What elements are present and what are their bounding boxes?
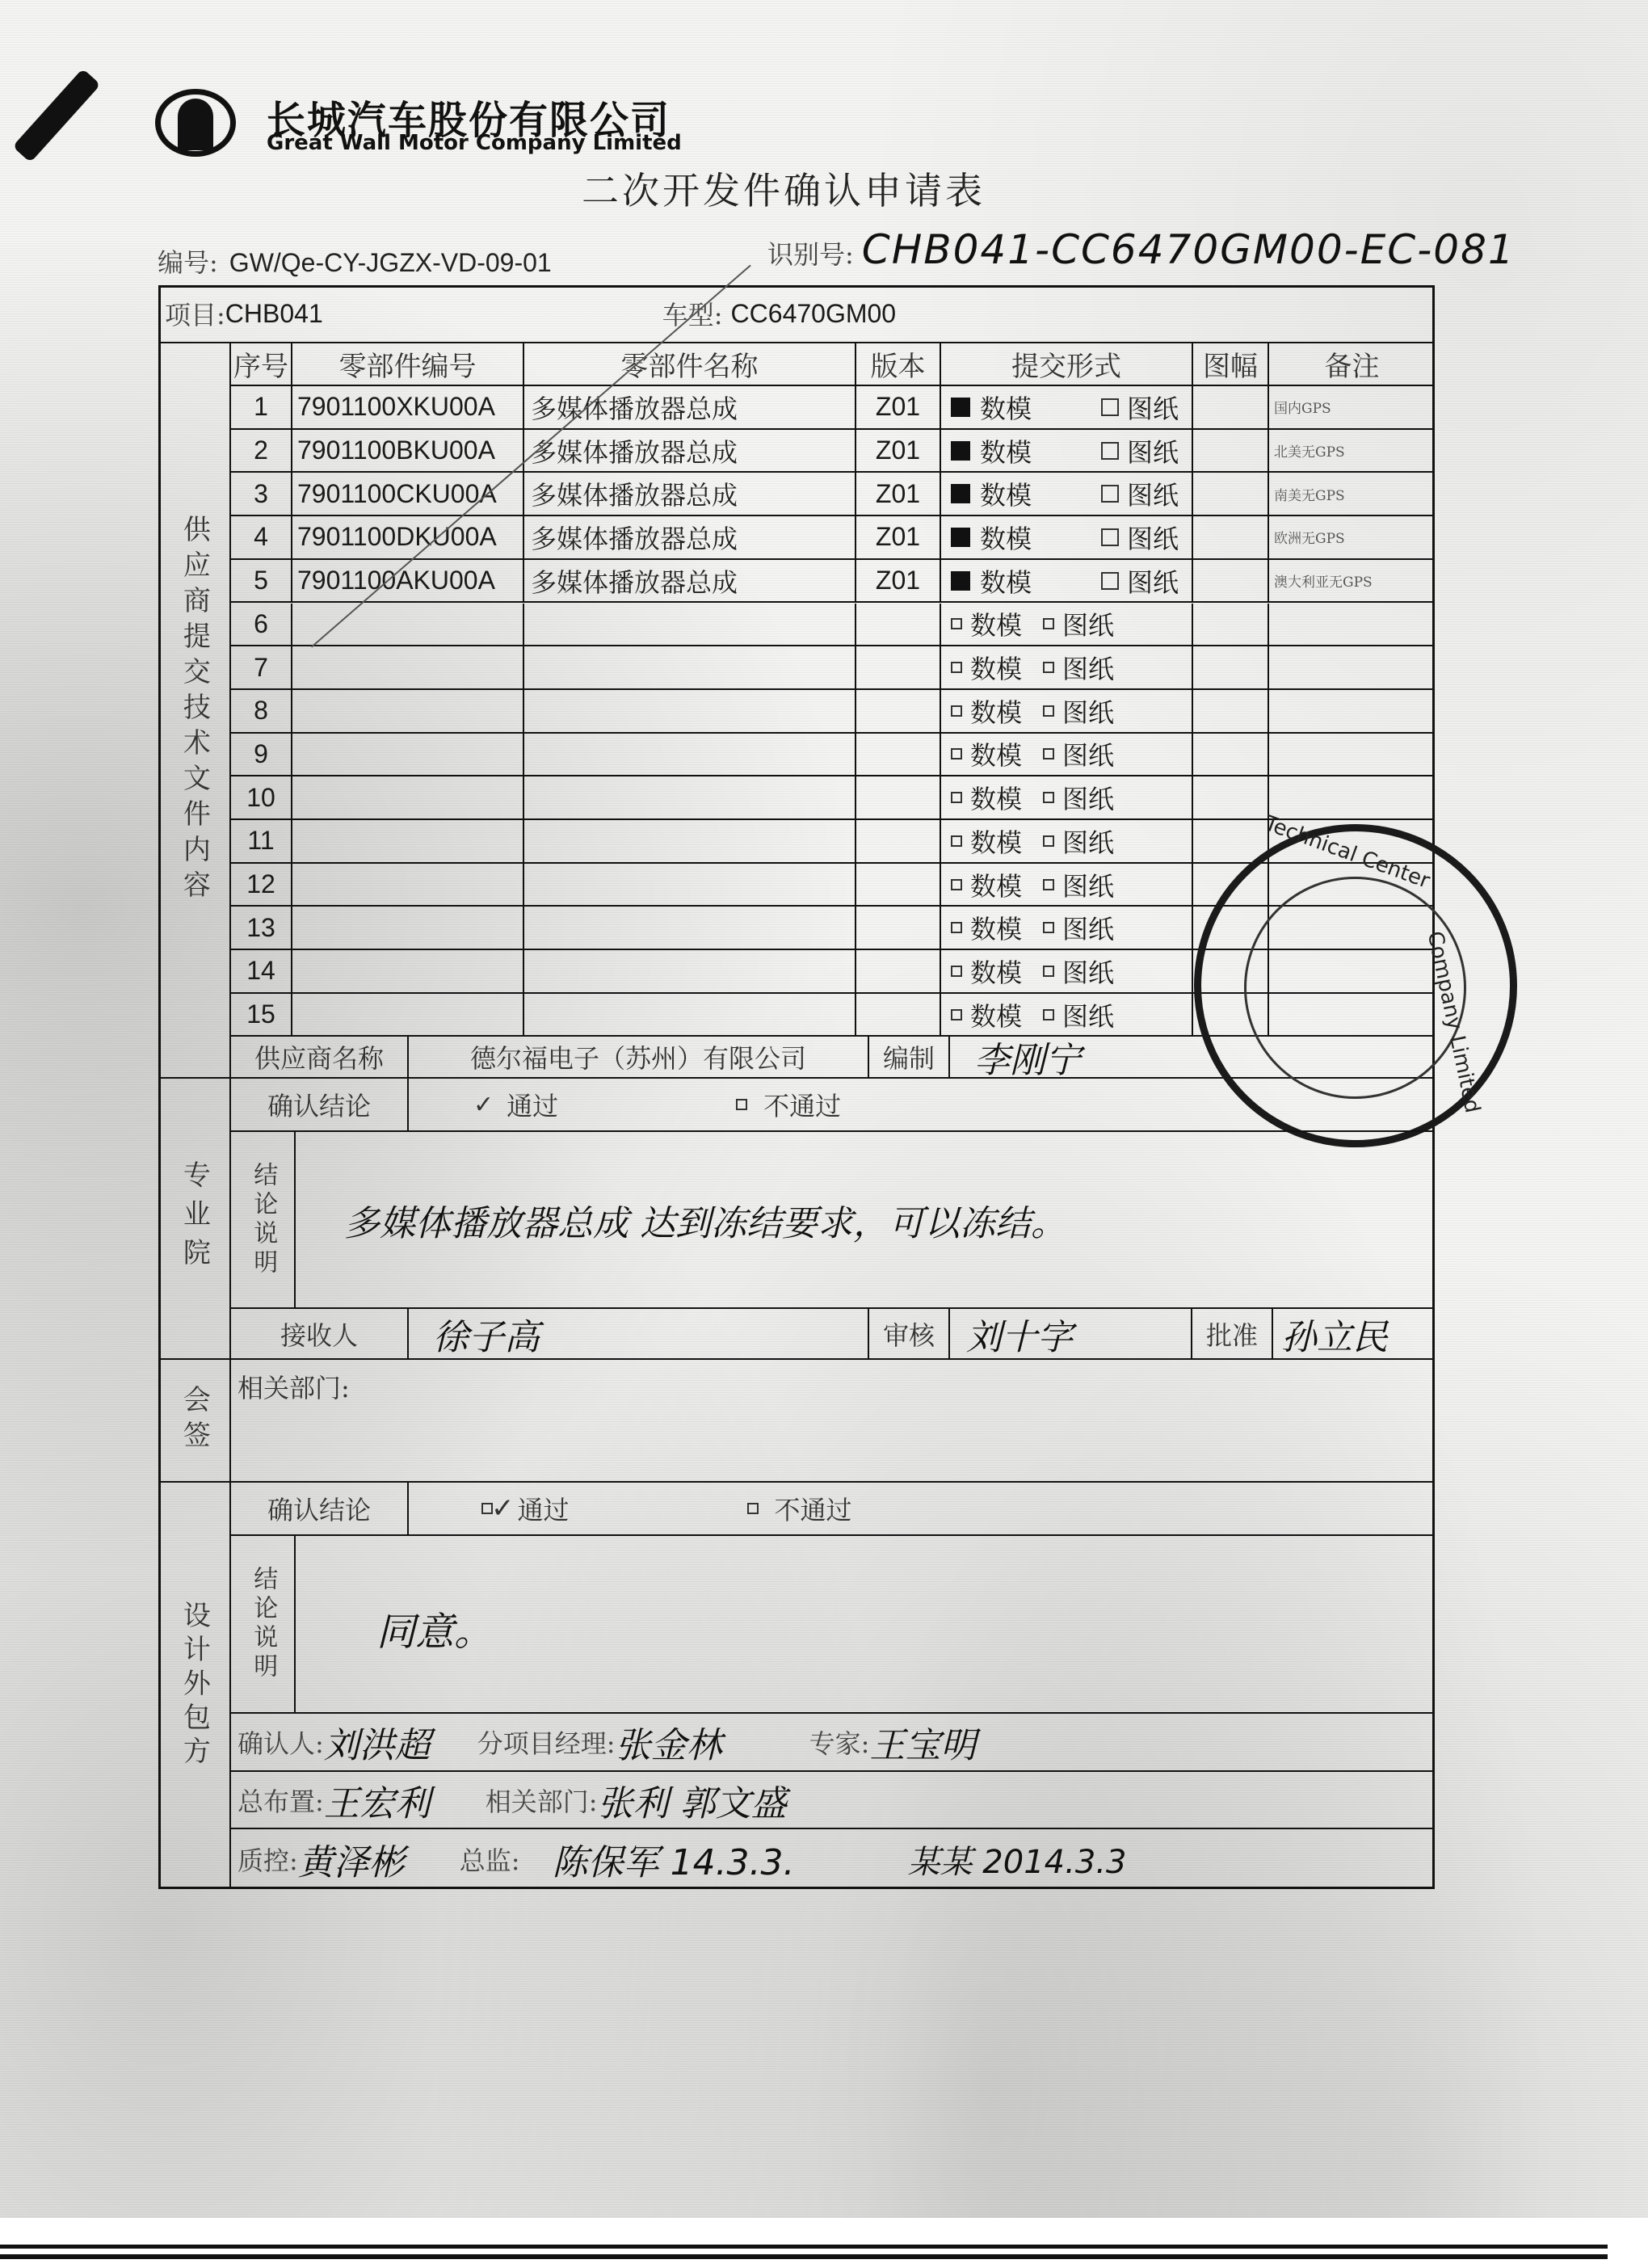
row-remark: 南美无GPS <box>1269 473 1435 516</box>
countersign-side-label: 会签 <box>158 1360 231 1483</box>
approve-label: 批准 <box>1192 1309 1273 1360</box>
supplier-name-value: 德尔福电子（苏州）有限公司 <box>409 1037 869 1079</box>
row-format: 数模图纸 <box>941 950 1193 994</box>
digital-model-label: 数模 <box>970 823 1022 860</box>
ident-label: 识别号: <box>767 239 854 270</box>
digital-model-label: 数模 <box>980 432 1032 469</box>
do-fail-option[interactable]: 不通过 <box>775 1490 852 1527</box>
drawing-label: 图纸 <box>1062 996 1114 1033</box>
row-format: 数模图纸 <box>941 430 1193 473</box>
row-part-name: 多媒体播放器总成 <box>524 516 856 560</box>
digital-model-checkbox[interactable] <box>951 571 970 591</box>
row-remark: 澳大利亚无GPS <box>1269 560 1435 604</box>
pi-explanation-label: 结论说明 <box>231 1132 296 1309</box>
do-signature-row-1: 确认人: 刘洪超 分项目经理: 张金林 专家: 王宝明 <box>231 1714 1435 1772</box>
pi-conclusion-label: 确认结论 <box>231 1079 409 1132</box>
pi-conclusion-options: ✓ 通过 不通过 <box>409 1079 1435 1132</box>
company-name-en: Great Wall Motor Company Limited <box>267 131 682 155</box>
row-part-name <box>524 776 856 820</box>
review-label: 审核 <box>869 1309 950 1360</box>
project-row: 项目: CHB041 车型: CC6470GM00 <box>158 285 1435 343</box>
row-part-name <box>524 820 856 864</box>
row-part-no <box>292 734 524 777</box>
digital-model-checkbox[interactable] <box>951 484 970 503</box>
digital-model-checkbox[interactable] <box>951 528 970 547</box>
do-signature-row-3: 质控: 黄泽彬 总监: 陈保军 14.3.3. 某某 2014.3.3 <box>231 1829 1435 1889</box>
pi-explanation-text: 多媒体播放器总成 达到冻结要求，可以冻结。 <box>296 1132 1435 1309</box>
row-part-name <box>524 950 856 994</box>
row-part-no <box>292 776 524 820</box>
row-remark <box>1269 646 1435 690</box>
document-title: 二次开发件确认申请表 <box>582 162 986 215</box>
row-part-no <box>292 604 524 647</box>
row-version: Z01 <box>856 560 941 604</box>
row-size <box>1193 473 1269 516</box>
digital-model-checkbox[interactable] <box>951 922 962 933</box>
row-part-no <box>292 907 524 950</box>
digital-model-label: 数模 <box>980 562 1032 600</box>
layout-signature: 王宏利 <box>324 1774 461 1826</box>
digital-model-checkbox[interactable] <box>951 398 970 417</box>
digital-model-checkbox[interactable] <box>951 1009 962 1020</box>
drawing-checkbox[interactable] <box>1101 528 1119 546</box>
row-remark: 国内GPS <box>1269 386 1435 430</box>
drawing-label: 图纸 <box>1127 562 1179 600</box>
digital-model-label: 数模 <box>970 779 1022 816</box>
row-part-name <box>524 646 856 690</box>
do-signature-row-2: 总布置: 王宏利 相关部门: 张利 郭文盛 <box>231 1772 1435 1829</box>
confirmer-label: 确认人: <box>238 1723 324 1761</box>
row-remark: 北美无GPS <box>1269 430 1435 473</box>
pi-fail-checkbox[interactable] <box>736 1099 747 1110</box>
row-no: 5 <box>231 560 292 604</box>
digital-model-label: 数模 <box>970 909 1022 946</box>
extra-signature: 某某 2014.3.3 <box>908 1837 1127 1883</box>
countersign-related-dept: 相关部门: <box>231 1360 1435 1483</box>
row-part-no: 7901100XKU00A <box>292 386 524 430</box>
row-version: Z01 <box>856 516 941 560</box>
row-no: 6 <box>231 604 292 647</box>
row-part-no <box>292 646 524 690</box>
row-part-no <box>292 820 524 864</box>
drawing-checkbox[interactable] <box>1043 705 1054 717</box>
drawing-label: 图纸 <box>1062 823 1114 860</box>
row-remark <box>1269 734 1435 777</box>
document-code: 编号:GW/Qe-CY-JGZX-VD-09-01 <box>158 242 552 280</box>
digital-model-label: 数模 <box>980 389 1032 426</box>
do-pass-option[interactable]: 通过 <box>518 1490 570 1527</box>
row-no: 10 <box>231 776 292 820</box>
row-part-name <box>524 690 856 734</box>
row-part-no: 7901100BKU00A <box>292 430 524 473</box>
row-no: 1 <box>231 386 292 430</box>
drawing-checkbox[interactable] <box>1043 835 1054 847</box>
row-no: 14 <box>231 950 292 994</box>
col-header-version: 版本 <box>856 343 941 386</box>
drawing-label: 图纸 <box>1062 866 1114 903</box>
ident-value: CHB041-CC6470GM00-EC-081 <box>862 226 1516 273</box>
drawing-checkbox[interactable] <box>1101 485 1119 503</box>
drawing-checkbox[interactable] <box>1101 572 1119 590</box>
digital-model-checkbox[interactable] <box>951 662 962 673</box>
row-no: 8 <box>231 690 292 734</box>
row-remark <box>1269 776 1435 820</box>
confirmer-signature: 刘洪超 <box>324 1716 469 1768</box>
row-version <box>856 820 941 864</box>
digital-model-label: 数模 <box>970 953 1022 990</box>
scan-edge-line <box>0 2254 1608 2259</box>
row-size <box>1193 734 1269 777</box>
project-value: CHB041 <box>225 299 323 329</box>
row-format: 数模图纸 <box>941 820 1193 864</box>
digital-model-checkbox[interactable] <box>951 441 970 461</box>
row-part-no <box>292 690 524 734</box>
qc-signature: 黄泽彬 <box>298 1833 444 1885</box>
col-header-part-name: 零部件名称 <box>524 343 856 386</box>
digital-model-checkbox[interactable] <box>951 792 962 803</box>
supplier-name-label: 供应商名称 <box>231 1037 409 1079</box>
digital-model-checkbox[interactable] <box>951 705 962 717</box>
drawing-checkbox[interactable] <box>1043 662 1054 673</box>
row-version <box>856 907 941 950</box>
row-version <box>856 994 941 1037</box>
row-no: 15 <box>231 994 292 1037</box>
col-header-size: 图幅 <box>1193 343 1269 386</box>
drawing-label: 图纸 <box>1127 519 1179 556</box>
code-label: 编号: <box>158 247 218 278</box>
row-size <box>1193 604 1269 647</box>
row-version <box>856 776 941 820</box>
sub-pm-label: 分项目经理: <box>477 1723 616 1761</box>
row-version <box>856 604 941 647</box>
scan-bottom-margin <box>0 2218 1648 2268</box>
row-size <box>1193 646 1269 690</box>
row-remark <box>1269 604 1435 647</box>
layout-label: 总布置: <box>238 1782 324 1819</box>
row-format: 数模图纸 <box>941 994 1193 1037</box>
row-part-no: 7901100CKU00A <box>292 473 524 516</box>
digital-model-label: 数模 <box>970 649 1022 686</box>
do-related-dept-signature: 张利 郭文盛 <box>598 1774 787 1826</box>
do-conclusion-label: 确认结论 <box>231 1483 409 1536</box>
digital-model-label: 数模 <box>970 866 1022 903</box>
row-format: 数模图纸 <box>941 907 1193 950</box>
expert-label: 专家: <box>809 1723 870 1761</box>
row-part-name <box>524 864 856 907</box>
scan-edge-line <box>0 2245 1608 2249</box>
digital-model-checkbox[interactable] <box>951 618 962 629</box>
digital-model-checkbox[interactable] <box>951 835 962 847</box>
receiver-label: 接收人 <box>231 1309 409 1360</box>
countersign-related-dept-label: 相关部门: <box>238 1368 350 1405</box>
professional-institute-side-label: 专业院 <box>158 1079 231 1360</box>
row-part-name <box>524 734 856 777</box>
row-size <box>1193 430 1269 473</box>
col-header-remark: 备注 <box>1269 343 1435 386</box>
row-part-no <box>292 864 524 907</box>
drawing-label: 图纸 <box>1127 475 1179 512</box>
company-logo-icon <box>178 99 213 150</box>
drawing-checkbox[interactable] <box>1043 748 1054 760</box>
drawing-label: 图纸 <box>1127 389 1179 426</box>
digital-model-checkbox[interactable] <box>951 748 962 760</box>
row-part-name <box>524 604 856 647</box>
project-label: 项目: <box>165 295 225 332</box>
do-conclusion-options: ✓ 通过 不通过 <box>409 1483 1435 1536</box>
do-related-dept-label: 相关部门: <box>486 1782 598 1819</box>
row-format: 数模图纸 <box>941 864 1193 907</box>
row-format: 数模图纸 <box>941 386 1193 430</box>
row-format: 数模图纸 <box>941 473 1193 516</box>
identification-number: 识别号:CHB041-CC6470GM00-EC-081 <box>767 226 1516 273</box>
row-version <box>856 864 941 907</box>
row-size <box>1193 776 1269 820</box>
col-header-format: 提交形式 <box>941 343 1193 386</box>
col-header-part-no: 零部件编号 <box>292 343 524 386</box>
vehicle-value: CC6470GM00 <box>731 299 897 329</box>
row-part-name <box>524 994 856 1037</box>
row-part-name: 多媒体播放器总成 <box>524 473 856 516</box>
drawing-checkbox[interactable] <box>1043 879 1054 890</box>
pi-fail-option[interactable]: 不通过 <box>763 1086 841 1123</box>
approve-signature: 孙立民 <box>1273 1309 1435 1360</box>
row-no: 2 <box>231 430 292 473</box>
pi-pass-check-icon[interactable]: ✓ <box>473 1091 494 1119</box>
review-signature: 刘十字 <box>950 1309 1192 1360</box>
drawing-checkbox[interactable] <box>1043 1009 1054 1020</box>
row-no: 11 <box>231 820 292 864</box>
supplier-side-label: 供应商提交技术文件内容 <box>158 343 231 1079</box>
row-no: 3 <box>231 473 292 516</box>
digital-model-label: 数模 <box>980 519 1032 556</box>
row-format: 数模图纸 <box>941 516 1193 560</box>
do-explanation-text: 同意。 <box>296 1536 1435 1714</box>
row-part-no <box>292 994 524 1037</box>
row-size <box>1193 690 1269 734</box>
director-signature: 陈保军 14.3.3. <box>553 1833 908 1885</box>
digital-model-label: 数模 <box>970 692 1022 730</box>
qc-label: 质控: <box>238 1841 298 1878</box>
row-no: 7 <box>231 646 292 690</box>
row-size <box>1193 516 1269 560</box>
row-format: 数模图纸 <box>941 560 1193 604</box>
drawing-label: 图纸 <box>1062 909 1114 946</box>
row-no: 13 <box>231 907 292 950</box>
row-part-name: 多媒体播放器总成 <box>524 386 856 430</box>
row-part-no <box>292 950 524 994</box>
row-version <box>856 690 941 734</box>
row-version <box>856 950 941 994</box>
drawing-label: 图纸 <box>1127 432 1179 469</box>
sub-pm-signature: 张金林 <box>616 1716 793 1768</box>
drawing-checkbox[interactable] <box>1101 442 1119 460</box>
row-no: 12 <box>231 864 292 907</box>
row-no: 9 <box>231 734 292 777</box>
design-outsourcing-side-label: 设计外包方 <box>158 1483 231 1889</box>
row-size <box>1193 386 1269 430</box>
row-part-no: 7901100DKU00A <box>292 516 524 560</box>
digital-model-checkbox[interactable] <box>951 879 962 890</box>
row-version: Z01 <box>856 473 941 516</box>
digital-model-label: 数模 <box>980 475 1032 512</box>
row-format: 数模图纸 <box>941 690 1193 734</box>
drawing-checkbox[interactable] <box>1043 792 1054 803</box>
drawing-label: 图纸 <box>1062 953 1114 990</box>
expert-signature: 王宝明 <box>869 1716 976 1768</box>
col-header-no: 序号 <box>231 343 292 386</box>
pen-icon <box>12 69 100 163</box>
row-part-name: 多媒体播放器总成 <box>524 560 856 604</box>
drawing-checkbox[interactable] <box>1043 618 1054 629</box>
row-remark: 欧洲无GPS <box>1269 516 1435 560</box>
prepared-by-label: 编制 <box>869 1037 950 1079</box>
do-pass-check-icon: ✓ <box>491 1492 515 1525</box>
row-version: Z01 <box>856 430 941 473</box>
drawing-checkbox[interactable] <box>1101 398 1119 416</box>
row-format: 数模图纸 <box>941 776 1193 820</box>
row-format: 数模图纸 <box>941 734 1193 777</box>
director-label: 总监: <box>460 1841 520 1878</box>
drawing-label: 图纸 <box>1062 692 1114 730</box>
digital-model-label: 数模 <box>970 996 1022 1033</box>
drawing-checkbox[interactable] <box>1043 966 1054 977</box>
drawing-label: 图纸 <box>1062 649 1114 686</box>
drawing-label: 图纸 <box>1062 605 1114 642</box>
digital-model-label: 数模 <box>970 735 1022 772</box>
receiver-signature: 徐子高 <box>409 1309 869 1360</box>
drawing-label: 图纸 <box>1062 735 1114 772</box>
row-version <box>856 646 941 690</box>
row-version: Z01 <box>856 386 941 430</box>
do-fail-checkbox[interactable] <box>747 1503 759 1514</box>
row-part-name <box>524 907 856 950</box>
row-no: 4 <box>231 516 292 560</box>
row-format: 数模图纸 <box>941 646 1193 690</box>
drawing-checkbox[interactable] <box>1043 922 1054 933</box>
code-value: GW/Qe-CY-JGZX-VD-09-01 <box>229 248 552 277</box>
digital-model-checkbox[interactable] <box>951 966 962 977</box>
pi-pass-option[interactable]: 通过 <box>507 1086 558 1123</box>
drawing-label: 图纸 <box>1062 779 1114 816</box>
row-part-name: 多媒体播放器总成 <box>524 430 856 473</box>
row-size <box>1193 560 1269 604</box>
do-explanation-label: 结论说明 <box>231 1536 296 1714</box>
row-remark <box>1269 690 1435 734</box>
row-format: 数模图纸 <box>941 604 1193 647</box>
digital-model-label: 数模 <box>970 605 1022 642</box>
row-part-no: 7901100AKU00A <box>292 560 524 604</box>
row-version <box>856 734 941 777</box>
